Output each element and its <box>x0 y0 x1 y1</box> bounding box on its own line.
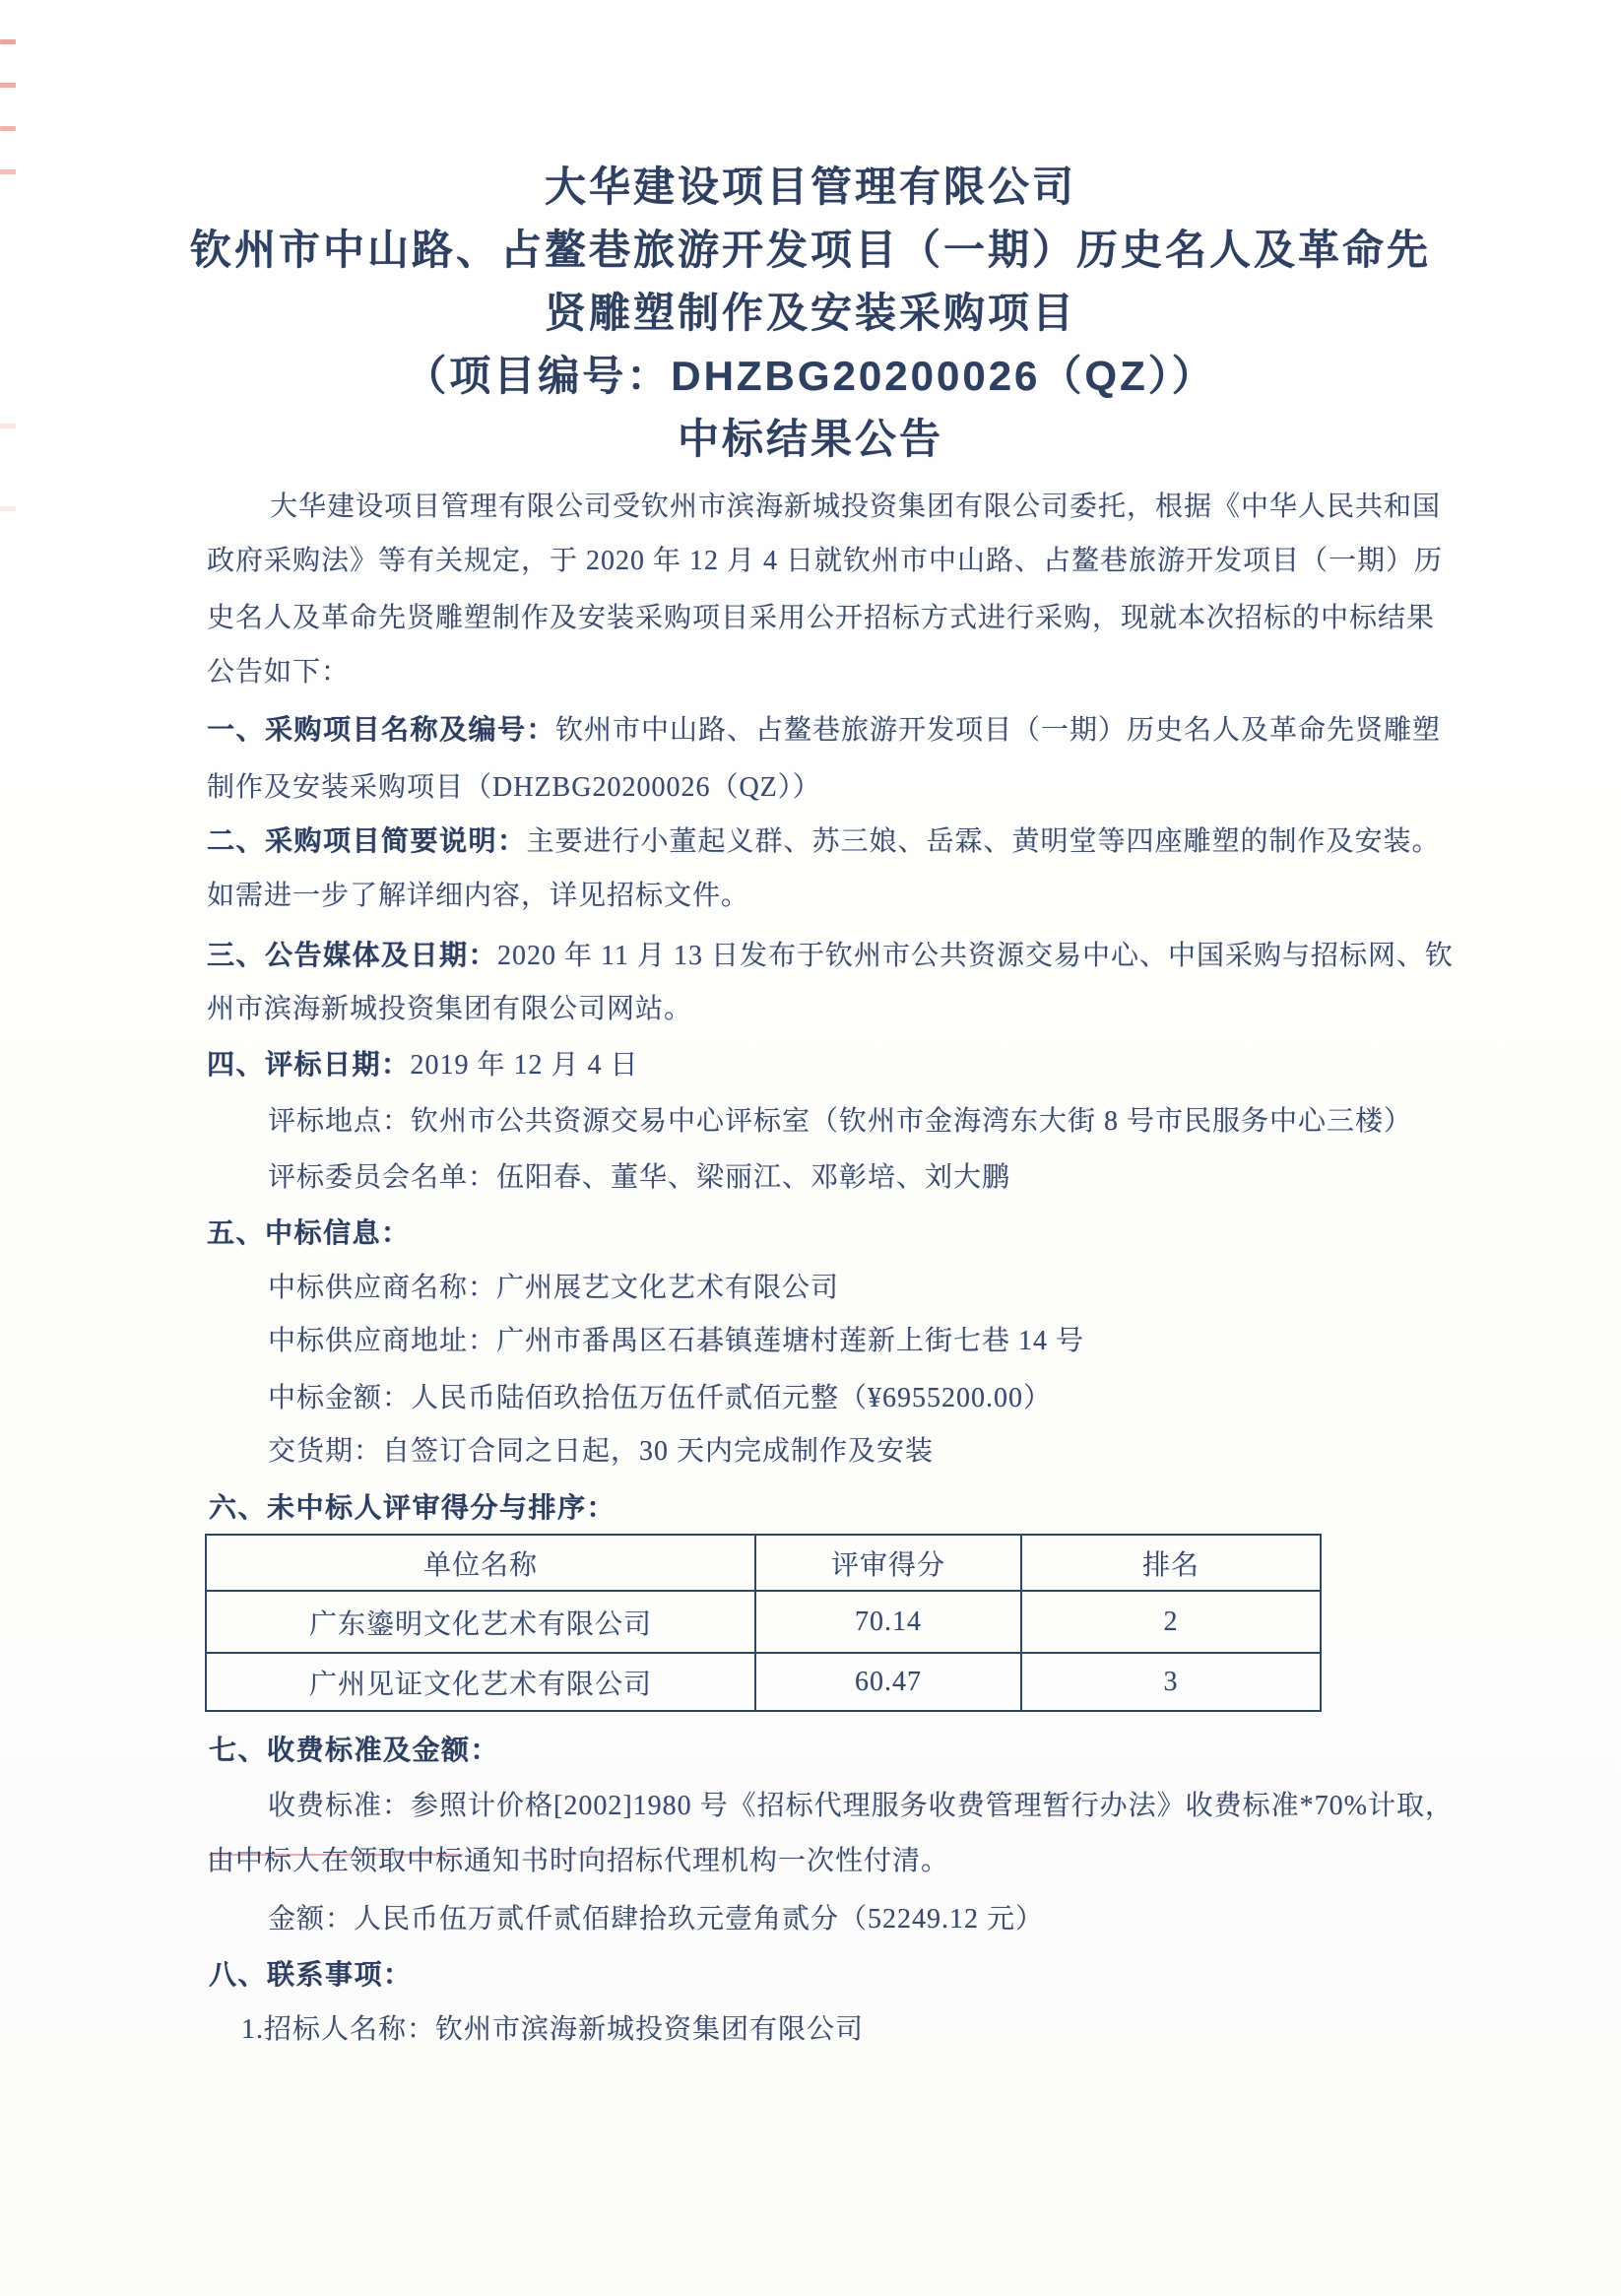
section-heading: 六、未中标人评审得分与排序： <box>209 1492 616 1523</box>
body-text: 由中标人在领取中标通知书时向招标代理机构一次性付清。 <box>207 1846 949 1876</box>
body-line: 1.招标人名称：钦州市滨海新城投资集团有限公司 <box>241 2009 864 2049</box>
score-table: 单位名称 评审得分 排名 广东鎏明文化艺术有限公司 70.14 2 广州见证文化… <box>205 1534 1322 1712</box>
body-text: 钦州市中山路、占鳌巷旅游开发项目（一期）历史名人及革命先贤雕塑 <box>555 715 1441 746</box>
body-line-section-5: 五、中标信息： <box>207 1214 411 1253</box>
body-text: 2020 年 11 月 13 日发布于钦州市公共资源交易中心、中国采购与招标网、… <box>497 941 1454 971</box>
body-line-section-6: 六、未中标人评审得分与排序： <box>209 1488 616 1528</box>
body-text: 评标委员会名单：伍阳春、董华、梁丽江、邓彰培、刘大鹏 <box>268 1162 1010 1193</box>
section-heading: 八、联系事项： <box>209 1959 413 1990</box>
body-text: 评标地点：钦州市公共资源交易中心评标室（钦州市金海湾东大街 8 号市民服务中心三… <box>268 1106 1412 1137</box>
body-line: 州市滨海新城投资集团有限公司网站。 <box>207 989 692 1028</box>
body-line-section-1: 一、采购项目名称及编号：钦州市中山路、占鳌巷旅游开发项目（一期）历史名人及革命先… <box>207 710 1441 750</box>
cell-score: 60.47 <box>755 1653 1021 1711</box>
body-text: 史名人及革命先贤雕塑制作及安装采购项目采用公开招标方式进行采购，现就本次招标的中… <box>207 603 1435 633</box>
cell-score: 70.14 <box>755 1591 1021 1653</box>
body-line: 由中标人在领取中标通知书时向招标代理机构一次性付清。 <box>207 1841 949 1880</box>
body-text: 交货期：自签订合同之日起，30 天内完成制作及安装 <box>268 1436 934 1467</box>
scan-artifact-red-dash <box>0 39 16 44</box>
body-text: 公告如下： <box>207 657 350 688</box>
body-line: 政府采购法》等有关规定，于 2020 年 12 月 4 日就钦州市中山路、占鳌巷… <box>207 541 1443 580</box>
body-line: 金额：人民币伍万贰仟贰佰肆拾玖元壹角贰分（52249.12 元） <box>268 1899 1044 1938</box>
body-line-section-8: 八、联系事项： <box>209 1955 413 1995</box>
scan-artifact-red-dash <box>0 506 16 511</box>
cell-unit-name: 广州见证文化艺术有限公司 <box>206 1653 755 1711</box>
header-score: 评审得分 <box>755 1535 1021 1591</box>
body-line: 评标地点：钦州市公共资源交易中心评标室（钦州市金海湾东大街 8 号市民服务中心三… <box>268 1101 1412 1141</box>
body-line: 如需进一步了解详细内容，详见招标文件。 <box>207 876 749 915</box>
section-heading: 四、评标日期： <box>207 1049 411 1080</box>
section-heading: 二、采购项目简要说明： <box>207 825 527 856</box>
body-text: 1.招标人名称：钦州市滨海新城投资集团有限公司 <box>241 2014 864 2045</box>
body-text: 主要进行小董起义群、苏三娘、岳霖、黄明堂等四座雕塑的制作及安装。 <box>527 826 1441 857</box>
body-line: 中标金额：人民币陆佰玖拾伍万伍仟贰佰元整（¥6955200.00） <box>268 1378 1052 1417</box>
body-text: 制作及安装采购项目（DHZBG20200026（QZ）） <box>207 772 821 803</box>
table-row: 广州见证文化艺术有限公司 60.47 3 <box>206 1653 1321 1711</box>
body-line-section-7: 七、收费标准及金额： <box>209 1731 499 1770</box>
scan-artifact-red-dash <box>0 126 16 131</box>
body-text: 金额：人民币伍万贰仟贰佰肆拾玖元壹角贰分（52249.12 元） <box>268 1904 1044 1935</box>
title-line-project-2: 贤雕塑制作及安装采购项目 <box>0 282 1621 345</box>
body-line: 史名人及革命先贤雕塑制作及安装采购项目采用公开招标方式进行采购，现就本次招标的中… <box>207 598 1435 637</box>
body-text: 收费标准：参照计价格[2002]1980 号《招标代理服务收费管理暂行办法》收费… <box>268 1791 1454 1821</box>
table-row: 广东鎏明文化艺术有限公司 70.14 2 <box>206 1591 1321 1653</box>
section-heading: 七、收费标准及金额： <box>209 1735 499 1765</box>
body-line: 中标供应商名称：广州展艺文化艺术有限公司 <box>268 1268 839 1307</box>
section-heading: 一、采购项目名称及编号： <box>207 714 555 745</box>
body-line: 收费标准：参照计价格[2002]1980 号《招标代理服务收费管理暂行办法》收费… <box>268 1786 1454 1825</box>
body-text: 2019 年 12 月 4 日 <box>411 1050 639 1081</box>
body-line: 制作及安装采购项目（DHZBG20200026（QZ）） <box>207 767 821 807</box>
document-page: 大华建设项目管理有限公司 钦州市中山路、占鳌巷旅游开发项目（一期）历史名人及革命… <box>0 0 1621 2296</box>
section-heading: 五、中标信息： <box>207 1217 411 1248</box>
body-text: 中标供应商名称：广州展艺文化艺术有限公司 <box>268 1273 839 1303</box>
body-text: 政府采购法》等有关规定，于 2020 年 12 月 4 日就钦州市中山路、占鳌巷… <box>207 546 1443 576</box>
body-text: 州市滨海新城投资集团有限公司网站。 <box>207 994 692 1024</box>
header-unit-name: 单位名称 <box>206 1535 755 1591</box>
body-line-section-4: 四、评标日期：2019 年 12 月 4 日 <box>207 1045 639 1084</box>
body-line: 公告如下： <box>207 652 350 691</box>
body-line-section-2: 二、采购项目简要说明：主要进行小董起义群、苏三娘、岳霖、黄明堂等四座雕塑的制作及… <box>207 821 1441 861</box>
body-text: 中标供应商地址：广州市番禺区石碁镇莲塘村莲新上街七巷 14 号 <box>268 1326 1084 1356</box>
cell-rank: 3 <box>1021 1653 1321 1711</box>
title-line-project-1: 钦州市中山路、占鳌巷旅游开发项目（一期）历史名人及革命先 <box>0 219 1621 282</box>
title-line-project-number: （项目编号：DHZBG20200026（QZ）） <box>0 345 1621 408</box>
body-text: 中标金额：人民币陆佰玖拾伍万伍仟贰佰元整（¥6955200.00） <box>268 1383 1052 1413</box>
scan-artifact-red-dash <box>0 83 16 88</box>
body-text: 如需进一步了解详细内容，详见招标文件。 <box>207 881 749 911</box>
body-line: 中标供应商地址：广州市番禺区石碁镇莲塘村莲新上街七巷 14 号 <box>268 1321 1084 1360</box>
body-line: 交货期：自签订合同之日起，30 天内完成制作及安装 <box>268 1431 934 1471</box>
cell-unit-name: 广东鎏明文化艺术有限公司 <box>206 1591 755 1653</box>
header-rank: 排名 <box>1021 1535 1321 1591</box>
body-line-section-3: 三、公告媒体及日期：2020 年 11 月 13 日发布于钦州市公共资源交易中心… <box>207 936 1454 975</box>
title-line-agency: 大华建设项目管理有限公司 <box>0 156 1621 219</box>
section-heading: 三、公告媒体及日期： <box>207 940 497 970</box>
table-header-row: 单位名称 评审得分 排名 <box>206 1535 1321 1591</box>
document-title-block: 大华建设项目管理有限公司 钦州市中山路、占鳌巷旅游开发项目（一期）历史名人及革命… <box>0 156 1621 471</box>
title-line-announcement: 中标结果公告 <box>0 408 1621 471</box>
cell-rank: 2 <box>1021 1591 1321 1653</box>
body-text: 大华建设项目管理有限公司受钦州市滨海新城投资集团有限公司委托，根据《中华人民共和… <box>270 492 1441 522</box>
body-line: 大华建设项目管理有限公司受钦州市滨海新城投资集团有限公司委托，根据《中华人民共和… <box>270 487 1441 526</box>
body-line: 评标委员会名单：伍阳春、董华、梁丽江、邓彰培、刘大鹏 <box>268 1157 1010 1197</box>
